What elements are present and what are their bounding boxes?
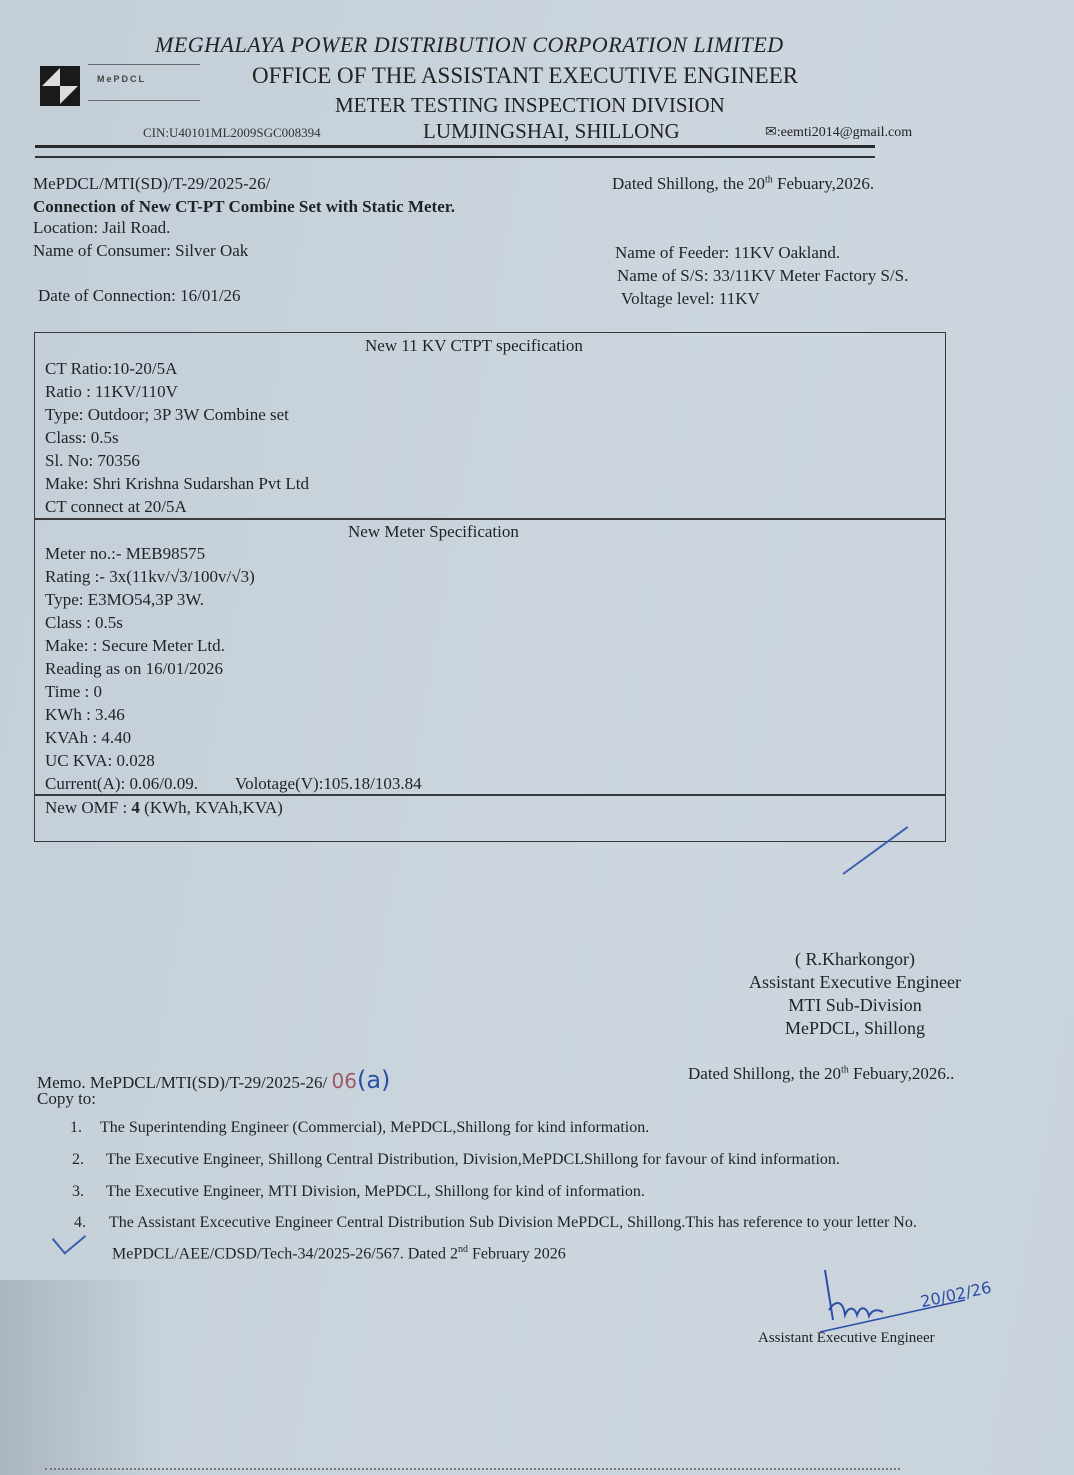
signatory-sub-division: MTI Sub-Division xyxy=(730,994,980,1017)
header-rule xyxy=(35,156,875,158)
spec-line: Sl. No: 70356 xyxy=(45,449,309,472)
corporation-name: MEGHALAYA POWER DISTRIBUTION CORPORATION… xyxy=(155,32,784,58)
meter-spec-list: Meter no.:- MEB98575Rating :- 3x(11kv/√3… xyxy=(45,542,255,772)
spec-line: Rating :- 3x(11kv/√3/100v/√3) xyxy=(45,565,255,588)
spec-line: KVAh : 4.40 xyxy=(45,726,255,749)
voltage-level: Voltage level: 11KV xyxy=(621,289,760,309)
spec-line: Type: E3MO54,3P 3W. xyxy=(45,588,255,611)
spec-line: KWh : 3.46 xyxy=(45,703,255,726)
division-name: METER TESTING INSPECTION DIVISION xyxy=(335,93,725,118)
reference-number: MePDCL/MTI(SD)/T-29/2025-26/ xyxy=(33,174,270,194)
signatory-block: ( R.Kharkongor) Assistant Executive Engi… xyxy=(730,948,980,1040)
ctpt-spec-title: New 11 KV CTPT specification xyxy=(365,336,583,356)
logo-rule xyxy=(88,100,200,101)
header-rule xyxy=(35,145,875,148)
email-address: ✉:eemti2014@gmail.com xyxy=(765,124,912,141)
meter-voltage: Volotage(V):105.18/103.84 xyxy=(235,774,422,793)
copy-to-item-continuation: MePDCL/AEE/CDSD/Tech-34/2025-26/567. Dat… xyxy=(112,1244,566,1263)
ctpt-spec-list: CT Ratio:10-20/5ARatio : 11KV/110VType: … xyxy=(45,357,309,518)
page-footer-rule xyxy=(45,1468,900,1472)
consumer-name: Name of Consumer: Silver Oak xyxy=(33,241,248,261)
spec-line: CT Ratio:10-20/5A xyxy=(45,357,309,380)
signatory-designation: Assistant Executive Engineer xyxy=(730,971,980,994)
page-shadow xyxy=(0,1280,160,1475)
feeder-name: Name of Feeder: 11KV Oakland. xyxy=(615,243,840,263)
specification-table: New 11 KV CTPT specification CT Ratio:10… xyxy=(34,332,946,842)
signatory-org: MePDCL, Shillong xyxy=(730,1017,980,1040)
handwritten-memo-no: 06 xyxy=(332,1069,357,1093)
spec-line: Meter no.:- MEB98575 xyxy=(45,542,255,565)
location: Location: Jail Road. xyxy=(33,218,170,238)
logo-text: MePDCL xyxy=(97,74,146,84)
section-divider xyxy=(35,518,945,520)
spec-line: Time : 0 xyxy=(45,680,255,703)
envelope-icon: ✉ xyxy=(765,124,777,140)
logo-rule xyxy=(88,64,200,65)
office-name: OFFICE OF THE ASSISTANT EXECUTIVE ENGINE… xyxy=(252,63,798,89)
spec-line: Make: Shri Krishna Sudarshan Pvt Ltd xyxy=(45,472,309,495)
handwritten-memo-suffix: (a) xyxy=(357,1066,390,1094)
copy-to-label: Copy to: xyxy=(37,1089,96,1109)
meter-current: Current(A): 0.06/0.09. xyxy=(45,774,198,793)
copy-to-item: 2.The Executive Engineer, Shillong Centr… xyxy=(72,1151,840,1169)
spec-line: Type: Outdoor; 3P 3W Combine set xyxy=(45,403,309,426)
cin-number: CIN:U40101ML2009SGC008394 xyxy=(143,125,321,141)
date-of-connection: Date of Connection: 16/01/26 xyxy=(38,286,241,306)
office-location: LUMJINGSHAI, SHILLONG xyxy=(423,119,680,144)
subject: Connection of New CT-PT Combine Set with… xyxy=(33,197,455,217)
spec-line: Reading as on 16/01/2026 xyxy=(45,657,255,680)
spec-line: Ratio : 11KV/110V xyxy=(45,380,309,403)
mepdcl-logo-icon xyxy=(40,66,80,106)
signatory-name: ( R.Kharkongor) xyxy=(730,948,980,971)
spec-line: CT connect at 20/5A xyxy=(45,495,309,518)
copy-to-item: 3.The Executive Engineer, MTI Division, … xyxy=(72,1183,645,1201)
meter-spec-title: New Meter Specification xyxy=(348,522,519,542)
memo-date: Dated Shillong, the 20th Febuary,2026.. xyxy=(688,1064,954,1084)
memo-signature-title: Assistant Executive Engineer xyxy=(758,1330,935,1347)
substation-name: Name of S/S: 33/11KV Meter Factory S/S. xyxy=(617,266,908,286)
spec-line: Class : 0.5s xyxy=(45,611,255,634)
spec-line: Class: 0.5s xyxy=(45,426,309,449)
copy-to-item: 4.The Assistant Excecutive Engineer Cent… xyxy=(74,1214,917,1232)
meter-current-voltage: Current(A): 0.06/0.09.Volotage(V):105.18… xyxy=(45,772,422,795)
spec-line: UC KVA: 0.028 xyxy=(45,749,255,772)
letter-date: Dated Shillong, the 20th Febuary,2026. xyxy=(612,174,874,194)
spec-line: Make: : Secure Meter Ltd. xyxy=(45,634,255,657)
copy-to-item: 1.The Superintending Engineer (Commercia… xyxy=(70,1119,649,1137)
new-omf: New OMF : 4 (KWh, KVAh,KVA) xyxy=(45,796,283,819)
